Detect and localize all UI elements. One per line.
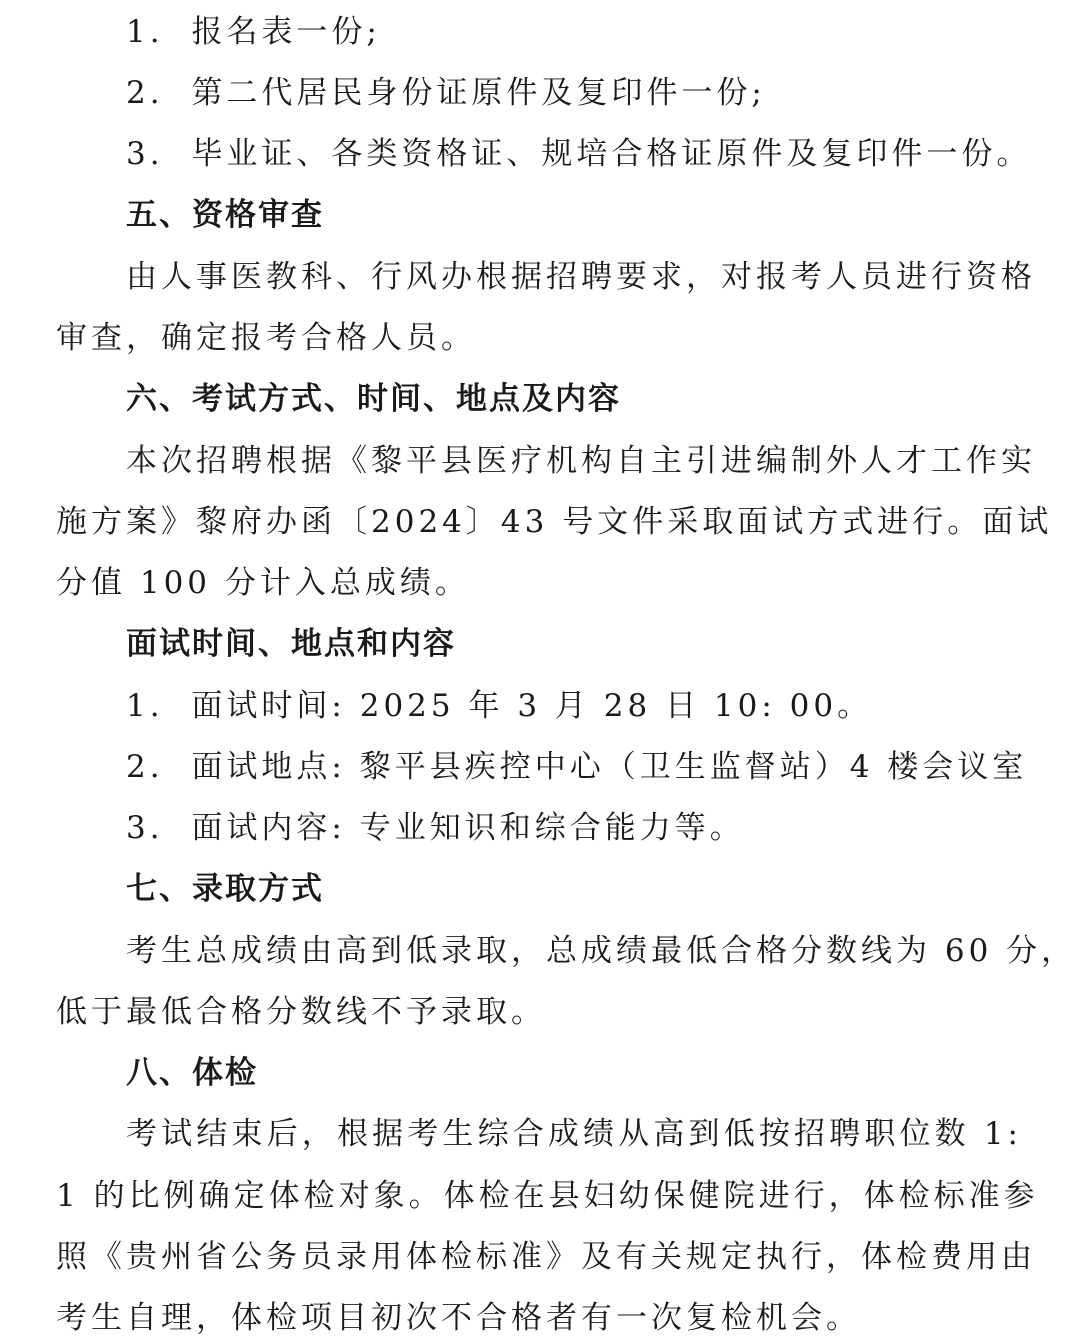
paragraph-line: 由人事医教科、行风办根据招聘要求，对报考人员进行资格 bbox=[126, 257, 1022, 297]
materials-item-3: 3. 毕业证、各类资格证、规培合格证原件及复印件一份。 bbox=[126, 134, 1031, 174]
section-heading-exam-method: 六、考试方式、时间、地点及内容 bbox=[126, 379, 621, 419]
section-heading-physical-exam: 八、体检 bbox=[126, 1053, 258, 1093]
paragraph-line: 考生总成绩由高到低录取，总成绩最低合格分数线为 60 分， bbox=[126, 931, 1022, 971]
item-number: 3. bbox=[126, 136, 164, 172]
paragraph-line: 照《贵州省公务员录用体检标准》及有关规定执行，体检费用由 bbox=[56, 1237, 1022, 1277]
document-page: 1. 报名表一份; 2. 第二代居民身份证原件及复印件一份; 3. 毕业证、各类… bbox=[0, 0, 1080, 1340]
section-heading-qualification-review: 五、资格审查 bbox=[126, 195, 324, 235]
item-text: 第二代居民身份证原件及复印件一份; bbox=[191, 75, 765, 111]
item-number: 3. bbox=[126, 810, 164, 846]
section-heading-admission: 七、录取方式 bbox=[126, 869, 324, 909]
interview-item-content: 3. 面试内容: 专业知识和综合能力等。 bbox=[126, 808, 745, 848]
paragraph-line: 低于最低合格分数线不予录取。 bbox=[56, 992, 546, 1032]
paragraph-line: 本次招聘根据《黎平县医疗机构自主引进编制外人才工作实 bbox=[126, 441, 1022, 481]
item-text: 报名表一份; bbox=[191, 14, 380, 50]
item-text: 面试时间: 2025 年 3 月 28 日 10: 00。 bbox=[191, 688, 872, 724]
paragraph-line: 考试结束后，根据考生综合成绩从高到低按招聘职位数 1: bbox=[126, 1114, 1022, 1154]
materials-item-2: 2. 第二代居民身份证原件及复印件一份; bbox=[126, 73, 766, 113]
item-text: 毕业证、各类资格证、规培合格证原件及复印件一份。 bbox=[191, 136, 1031, 172]
item-number: 1. bbox=[126, 688, 164, 724]
subheading-interview-details: 面试时间、地点和内容 bbox=[126, 624, 456, 664]
paragraph-line: 1 的比例确定体检对象。体检在县妇幼保健院进行，体检标准参 bbox=[56, 1176, 1022, 1216]
interview-item-location: 2. 面试地点: 黎平县疾控中心（卫生监督站）4 楼会议室 bbox=[126, 747, 1027, 787]
paragraph-line: 分值 100 分计入总成绩。 bbox=[56, 563, 470, 603]
item-number: 2. bbox=[126, 75, 164, 111]
paragraph-line: 施方案》黎府办函〔2024〕43 号文件采取面试方式进行。面试 bbox=[56, 502, 1022, 542]
item-number: 2. bbox=[126, 749, 164, 785]
interview-item-time: 1. 面试时间: 2025 年 3 月 28 日 10: 00。 bbox=[126, 686, 872, 726]
item-text: 面试内容: 专业知识和综合能力等。 bbox=[191, 810, 744, 846]
materials-item-1: 1. 报名表一份; bbox=[126, 12, 381, 52]
item-number: 1. bbox=[126, 14, 164, 50]
paragraph-line: 审查，确定报考合格人员。 bbox=[56, 318, 476, 358]
item-text: 面试地点: 黎平县疾控中心（卫生监督站）4 楼会议室 bbox=[191, 749, 1027, 785]
paragraph-line: 考生自理，体检项目初次不合格者有一次复检机会。 bbox=[56, 1298, 861, 1338]
